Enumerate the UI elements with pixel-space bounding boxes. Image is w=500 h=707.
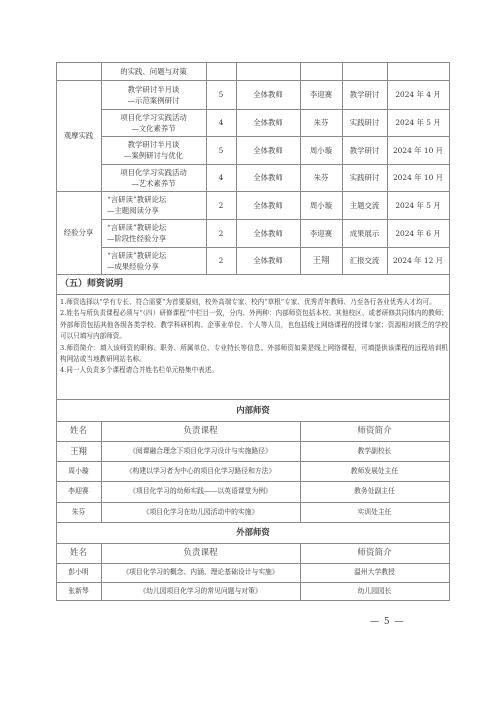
content-line1: “言研读”教研论坛 [107,250,166,261]
audience: 全体教师 [236,191,300,219]
teacher-course: 《阅课融合理念下项目化学习设计与实施路径》 [101,441,300,461]
schedule-row-content: 项目化学习实践活动 —文化素养节 [101,109,206,136]
schedule-row-content: 教学研讨半月谈 —示范案例研讨 [101,80,206,109]
teacher-intro: 教学副校长 [300,441,449,461]
hours: 2 [206,219,236,247]
category-observation: 观摩实践 [56,80,101,191]
teacher-name: 王翔 [56,441,101,461]
teacher-intro: 实训处主任 [300,502,449,522]
date: 2024 年 10 月 [387,136,449,164]
audience: 全体教师 [236,109,300,136]
external-faculty-title: 外部师资 [56,522,450,543]
content-line2: —示范案例研讨 [128,95,180,106]
lead: 朱芬 [300,164,342,191]
teacher-name: 李迎赛 [56,481,101,502]
hours: 4 [206,109,236,136]
note-item: 1.师资选择以“学有专长、符合需要”为首要原则，校外高端专家、校内“草根”专家、… [60,297,448,308]
schedule-row-content: 教学研讨半月谈 —案例研讨与优化 [101,136,206,164]
lead: 李迎赛 [300,80,342,109]
teacher-course: 《项目化学习在幼儿园活动中的实施》 [101,502,300,522]
header-name: 姓名 [56,543,101,563]
format: 实践研讨 [342,164,387,191]
schedule-row-content: “言研读”教研论坛 —主题阅读分享 [101,191,206,219]
format: 教学研讨 [342,136,387,164]
audience: 全体教师 [236,136,300,164]
audience: 全体教师 [236,219,300,247]
teacher-intro: 教务处副主任 [300,481,449,502]
teacher-course: 《构建以学习者为中心的项目化学习路径和方法》 [101,461,300,481]
teacher-intro: 幼儿园园长 [300,582,449,600]
content-line1: 项目化学习实践活动 [120,167,187,178]
content-line2: —成果经验分享 [107,261,159,272]
date: 2024 年 5 月 [387,109,449,136]
page-number: — 5 — [370,617,404,627]
hours: 4 [206,164,236,191]
format: 汇报交流 [342,247,387,274]
date: 2024 年 12 月 [387,247,449,274]
teacher-course: 《幼儿园项目化学习的常见问题与对策》 [101,582,300,600]
format: 教学研讨 [342,80,387,109]
audience: 全体教师 [236,80,300,109]
lead: 王翔 [300,247,342,274]
teacher-course: 《项目化学习的幼师实践——以英语课堂为例》 [101,481,300,502]
note-item: 4.同一人负责多个课程请合并姓名栏单元格集中表述。 [60,365,448,376]
schedule-row-content: 项目化学习实践活动 —艺术素养节 [101,164,206,191]
date: 2024 年 6 月 [387,219,449,247]
teacher-intro: 教师发展处主任 [300,461,449,481]
teacher-name: 彭小明 [56,563,101,582]
lead: 周小璇 [300,136,342,164]
audience: 全体教师 [236,164,300,191]
header-intro: 师资简介 [300,543,449,563]
lead: 朱芬 [300,109,342,136]
lead: 李迎赛 [300,219,342,247]
teacher-name: 张新琴 [56,582,101,600]
header-course: 负责课程 [101,543,300,563]
faculty-section-title: （五）师资说明 [56,274,450,294]
content-line2: —案例研讨与优化 [124,150,183,161]
faculty-notes: 1.师资选择以“学有专长、符合需要”为首要原则，校外高端专家、校内“草根”专家、… [60,297,448,377]
table-bottom-border [56,600,450,601]
content-line2: —阶段性经验分享 [107,233,166,244]
content-line2: —艺术素养节 [131,178,175,189]
hours: 5 [206,80,236,109]
content-line1: “言研读”教研论坛 [107,194,166,205]
date: 2024 年 5 月 [387,191,449,219]
format: 主题交流 [342,191,387,219]
header-course: 负责课程 [101,421,300,441]
content-line2: —主题阅读分享 [107,205,159,216]
document-page: 的实践、问题与对策 观摩实践 教学研讨半月谈 —示范案例研讨 5 全体教师 李迎… [0,0,500,707]
schedule-row-content: “言研读”教研论坛 —成果经验分享 [101,247,206,274]
table-right-border [449,62,450,601]
row-divider [56,294,450,295]
hours: 5 [206,136,236,164]
internal-faculty-title: 内部师资 [56,399,450,421]
teacher-course: 《项目化学习的概念、内涵、理论基础设计与实施》 [101,563,300,582]
header-intro: 师资简介 [300,421,449,441]
date: 2024 年 10 月 [387,164,449,191]
date: 2024 年 4 月 [387,80,449,109]
format: 实践研讨 [342,109,387,136]
format: 成果展示 [342,219,387,247]
teacher-name: 周小璇 [56,461,101,481]
content-line1: 教学研讨半月谈 [128,84,180,95]
content-line1: 项目化学习实践活动 [120,112,187,123]
content-line2: —文化素养节 [131,123,175,134]
audience: 全体教师 [236,247,300,274]
note-item: 3.师资简介：填入该师资的职称、职务、所属单位、专业特长等信息。外部师资如果是线… [60,343,448,366]
hours: 2 [206,247,236,274]
teacher-name: 朱芬 [56,502,101,522]
header-name: 姓名 [56,421,101,441]
note-item: 2.姓名与所负责课程必须与“（四）研修课程”中栏目一致，分内、外两种：内部师资包… [60,308,448,342]
continuation-content: 的实践、问题与对策 [101,62,206,80]
content-line1: “言研读”教研论坛 [107,222,166,233]
lead: 周小璇 [300,191,342,219]
schedule-row-content: “言研读”教研论坛 —阶段性经验分享 [101,219,206,247]
teacher-intro: 温州大学教授 [300,563,449,582]
content-line1: 教学研讨半月谈 [128,139,180,150]
category-experience-sharing: 经验分享 [56,191,101,274]
hours: 2 [206,191,236,219]
